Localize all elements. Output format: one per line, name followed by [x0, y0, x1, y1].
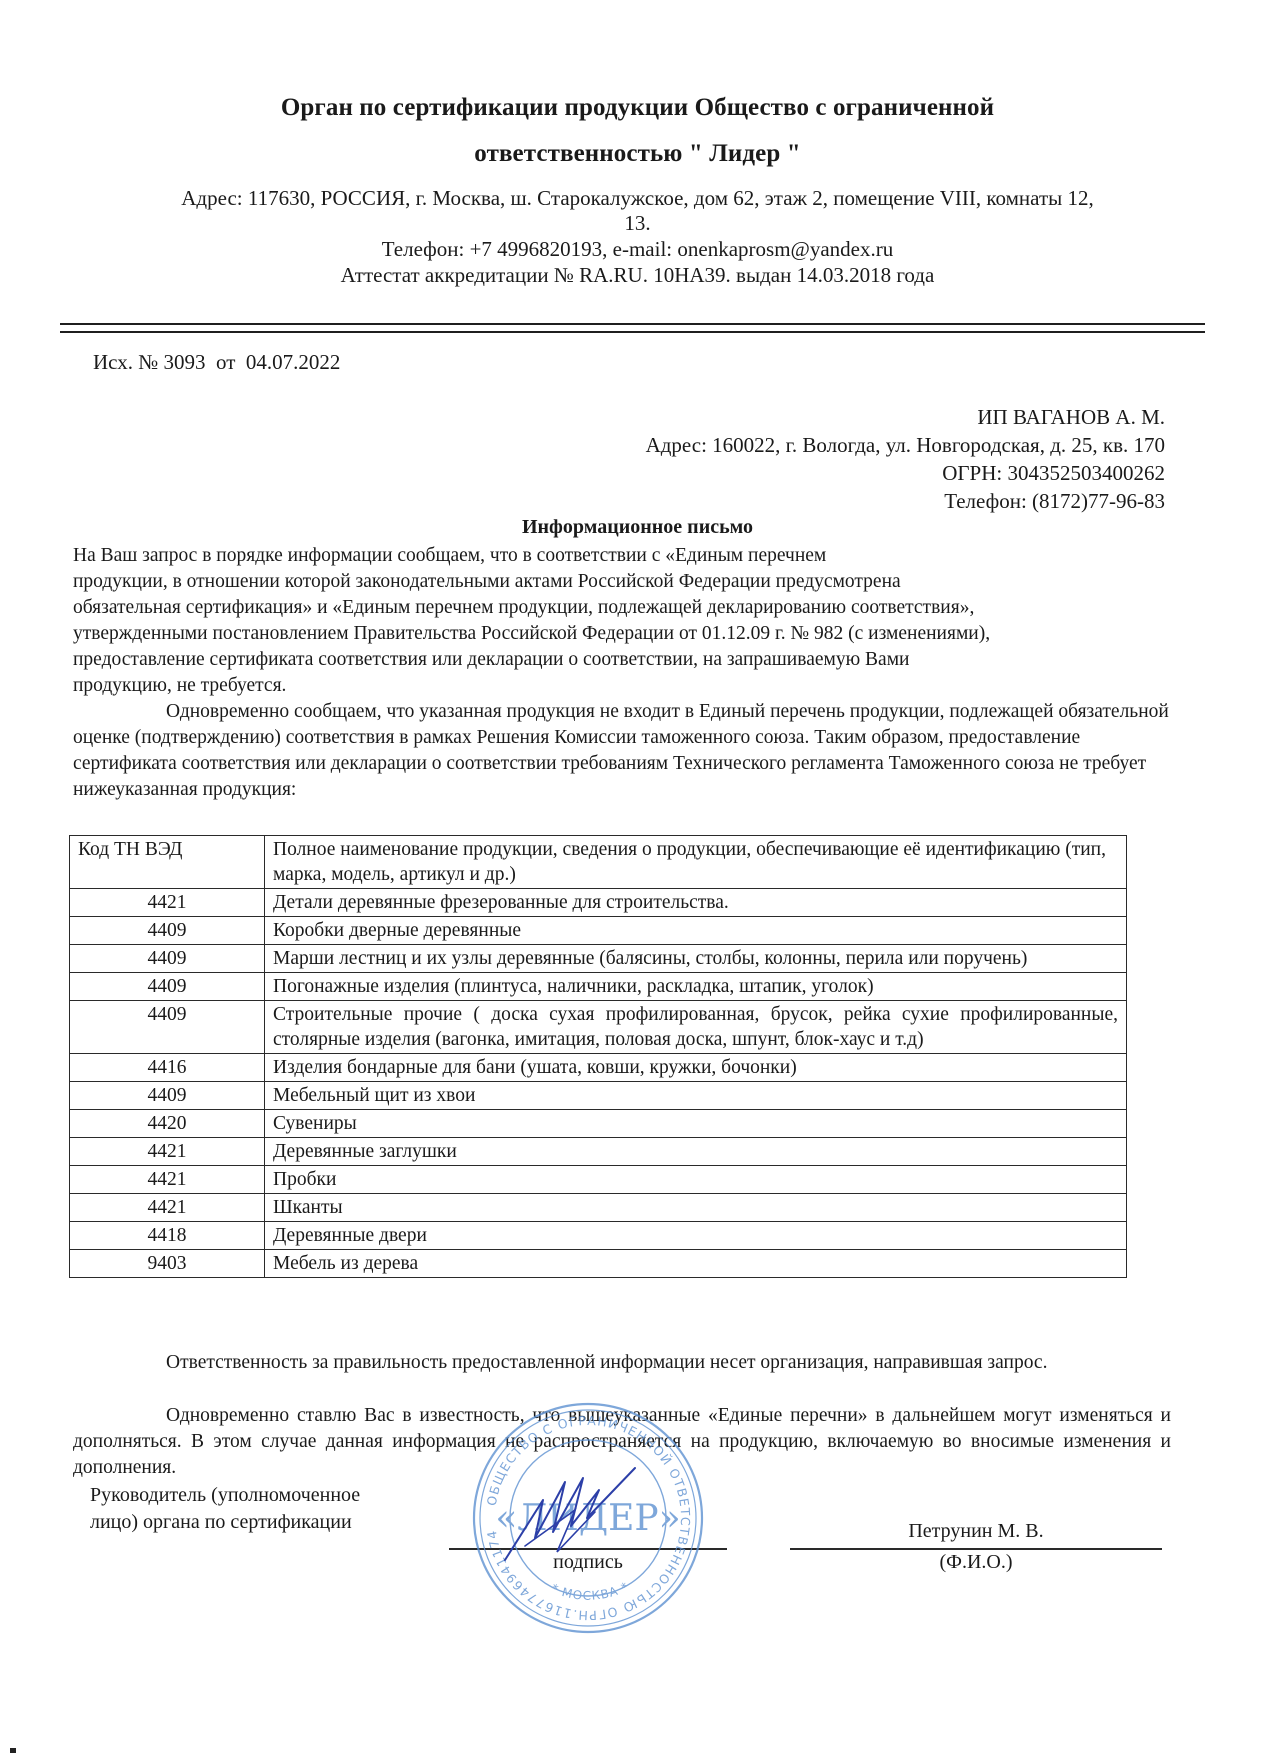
- paragraph-1-line: обязательная сертификация» и «Единым пер…: [73, 595, 1173, 621]
- outgoing-number: Исх. № 3093 от 04.07.2022: [93, 350, 340, 375]
- recipient-ogrn: ОГРН: 304352503400262: [465, 459, 1165, 487]
- org-accreditation: Аттестат аккредитации № RA.RU. 10НА39. в…: [0, 262, 1275, 288]
- row-name: Сувениры: [265, 1110, 1127, 1138]
- signer-role-line1: Руководитель (уполномоченное: [90, 1482, 360, 1509]
- table-row: 4409Марши лестниц и их узлы деревянные (…: [70, 945, 1127, 973]
- table-row: 4418Деревянные двери: [70, 1222, 1127, 1250]
- row-name: Изделия бондарные для бани (ушата, ковши…: [265, 1054, 1127, 1082]
- scan-artifact: [10, 1748, 16, 1753]
- row-name: Пробки: [265, 1166, 1127, 1194]
- paragraph-1-line: утвержденными постановлением Правительст…: [73, 621, 1173, 647]
- table-row: 4409Строительные прочие ( доска сухая пр…: [70, 1001, 1127, 1054]
- header-code: Код ТН ВЭД: [70, 836, 265, 889]
- row-code: 4409: [70, 1001, 265, 1054]
- goods-table: Код ТН ВЭД Полное наименование продукции…: [69, 835, 1127, 1278]
- handwritten-signature: [495, 1460, 645, 1570]
- row-code: 4421: [70, 1138, 265, 1166]
- org-address-line2: 13.: [0, 210, 1275, 236]
- row-code: 9403: [70, 1250, 265, 1278]
- row-name: Деревянные двери: [265, 1222, 1127, 1250]
- name-line: [790, 1548, 1162, 1550]
- paragraph-1-line: предоставление сертификата соответствия …: [73, 647, 1173, 673]
- header-divider-top: [60, 323, 1205, 325]
- signer-name: Петрунин М. В.: [790, 1520, 1162, 1543]
- row-name: Погонажные изделия (плинтуса, наличники,…: [265, 973, 1127, 1001]
- paragraph-3: Ответственность за правильность предоста…: [73, 1350, 1171, 1376]
- table-row: 4409Мебельный щит из хвои: [70, 1082, 1127, 1110]
- row-code: 4421: [70, 1166, 265, 1194]
- row-name: Шканты: [265, 1194, 1127, 1222]
- svg-text:* МОСКВА *: * МОСКВА *: [549, 1579, 631, 1603]
- recipient-address: Адрес: 160022, г. Вологда, ул. Новгородс…: [465, 431, 1165, 459]
- org-title-line1: Орган по сертификации продукции Общество…: [0, 94, 1275, 122]
- signer-role: Руководитель (уполномоченное лицо) орган…: [90, 1482, 360, 1536]
- recipient-name: ИП ВАГАНОВ А. М.: [465, 403, 1165, 431]
- table-row: 4409Коробки дверные деревянные: [70, 917, 1127, 945]
- org-address-line1: Адрес: 117630, РОССИЯ, г. Москва, ш. Ста…: [0, 185, 1275, 211]
- row-code: 4409: [70, 1082, 265, 1110]
- table-row: 4420Сувениры: [70, 1110, 1127, 1138]
- name-caption: (Ф.И.О.): [790, 1551, 1162, 1574]
- row-code: 4420: [70, 1110, 265, 1138]
- org-contacts: Телефон: +7 4996820193, e-mail: onenkapr…: [0, 236, 1275, 262]
- row-name: Строительные прочие ( доска сухая профил…: [265, 1001, 1127, 1054]
- paragraph-1-line: продукцию, не требуется.: [73, 673, 1173, 699]
- row-name: Мебель из дерева: [265, 1250, 1127, 1278]
- recipient-block: ИП ВАГАНОВ А. М. Адрес: 160022, г. Волог…: [465, 403, 1165, 515]
- row-code: 4409: [70, 945, 265, 973]
- table-row: 4416Изделия бондарные для бани (ушата, к…: [70, 1054, 1127, 1082]
- row-name: Коробки дверные деревянные: [265, 917, 1127, 945]
- row-code: 4421: [70, 889, 265, 917]
- row-name: Мебельный щит из хвои: [265, 1082, 1127, 1110]
- row-code: 4409: [70, 917, 265, 945]
- table-row: 4421Детали деревянные фрезерованные для …: [70, 889, 1127, 917]
- table-row: 4421Деревянные заглушки: [70, 1138, 1127, 1166]
- recipient-phone: Телефон: (8172)77-96-83: [465, 487, 1165, 515]
- table-row: 4409Погонажные изделия (плинтуса, наличн…: [70, 973, 1127, 1001]
- header-name: Полное наименование продукции, сведения …: [265, 836, 1127, 889]
- paragraph-2: Одновременно сообщаем, что указанная про…: [73, 699, 1183, 803]
- paragraph-1-line: На Ваш запрос в порядке информации сообщ…: [73, 543, 1173, 569]
- paragraph-1: На Ваш запрос в порядке информации сообщ…: [73, 543, 1173, 699]
- header-divider-bottom: [60, 331, 1205, 333]
- org-title-line2: ответственностью " Лидер ": [0, 140, 1275, 168]
- letter-heading: Информационное письмо: [0, 516, 1275, 539]
- table-row: 9403Мебель из дерева: [70, 1250, 1127, 1278]
- paragraph-1-line: продукции, в отношении которой законодат…: [73, 569, 1173, 595]
- signature-scribble-icon: [495, 1460, 645, 1570]
- table-row: 4421Пробки: [70, 1166, 1127, 1194]
- row-code: 4416: [70, 1054, 265, 1082]
- table-row: 4421Шканты: [70, 1194, 1127, 1222]
- table-header-row: Код ТН ВЭД Полное наименование продукции…: [70, 836, 1127, 889]
- row-name: Детали деревянные фрезерованные для стро…: [265, 889, 1127, 917]
- row-code: 4409: [70, 973, 265, 1001]
- signer-role-line2: лицо) органа по сертификации: [90, 1509, 360, 1536]
- row-code: 4421: [70, 1194, 265, 1222]
- row-name: Марши лестниц и их узлы деревянные (баля…: [265, 945, 1127, 973]
- row-name: Деревянные заглушки: [265, 1138, 1127, 1166]
- row-code: 4418: [70, 1222, 265, 1250]
